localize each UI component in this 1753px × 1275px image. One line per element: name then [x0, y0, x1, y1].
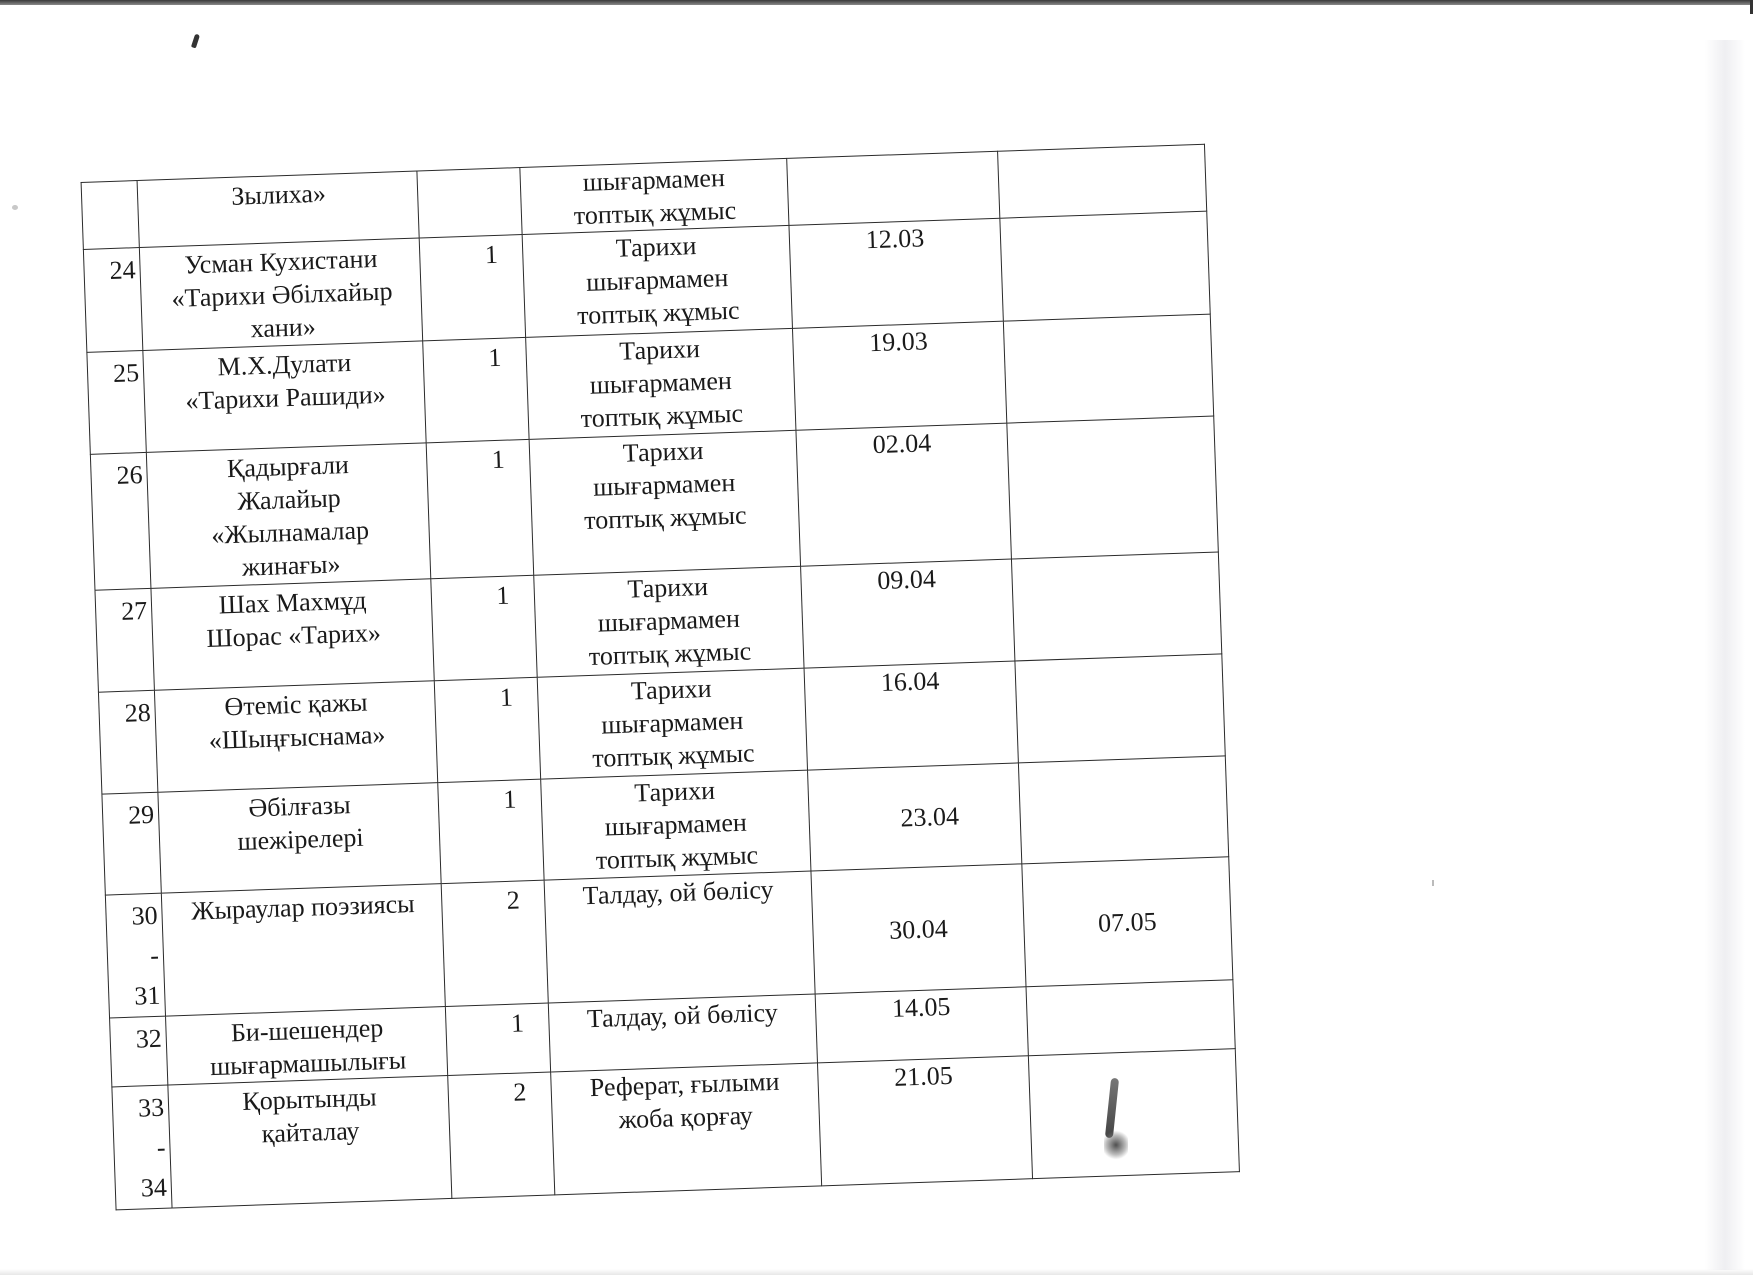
topic-cell: Зылиха» [137, 171, 419, 247]
row-number-cell: 33 - 34 [112, 1085, 172, 1210]
table-body: Зылиха»шығармаментоптық жұмыс24Усман Кух… [81, 144, 1239, 1210]
date-extra-cell [998, 144, 1207, 218]
work-form-cell: Тарихишығармаментоптық жұмыс [541, 770, 811, 880]
hours-cell: 1 [423, 337, 529, 442]
row-number-cell: 24 [83, 248, 142, 353]
hours-cell [417, 168, 522, 238]
date-cell: 09.04 [801, 559, 1015, 668]
date-cell: 19.03 [792, 321, 1006, 430]
date-extra-cell [1003, 314, 1213, 423]
topic-cell: Шах МахмұдШорас «Тарих» [151, 579, 434, 690]
date-cell: 23.04 [808, 763, 1022, 871]
topic-cell: Қорытындықайталау [168, 1076, 452, 1208]
row-number-cell [81, 181, 139, 250]
topic-cell: ҚадырғалиЖалайыр«Жылнамаларжинағы» [146, 443, 430, 588]
hours-cell: 1 [445, 1003, 550, 1075]
row-number-cell: 27 [95, 588, 154, 692]
date-extra-cell [1007, 416, 1219, 559]
work-form-cell: Тарихишығармаментоптық жұмыс [537, 668, 807, 779]
work-form-line: Талдау, ой бөлісу [549, 872, 808, 914]
topic-cell: Әбілғазышежірелері [158, 783, 441, 893]
lesson-plan-table-wrapper: Зылиха»шығармаментоптық жұмыс24Усман Кух… [81, 144, 1240, 1211]
topic-line: Зылиха» [144, 174, 414, 216]
scan-right-shadow [1705, 40, 1745, 1270]
date-cell [787, 151, 1000, 225]
topic-cell: М.Х.Дулати«Тарихи Рашиди» [143, 341, 426, 452]
date-extra-cell [1018, 756, 1228, 864]
hours-cell: 1 [438, 779, 544, 883]
date-cell: 30.04 [811, 864, 1026, 994]
topic-cell: Усман Кухистани«Тарихи Әбілхайырхани» [139, 238, 422, 350]
work-form-cell: Тарихишығармаментоптық жұмыс [526, 328, 796, 439]
row-number-cell: 32 [110, 1016, 168, 1087]
date-extra-cell [1000, 211, 1210, 321]
work-form-cell: Реферат, ғылымижоба қорғау [551, 1063, 822, 1195]
lesson-plan-table: Зылиха»шығармаментоптық жұмыс24Усман Кух… [81, 144, 1240, 1211]
row-number-cell: 29 [102, 792, 161, 895]
row-number-cell: 28 [98, 690, 157, 794]
date-extra-cell [1015, 654, 1225, 763]
paper-smudge [12, 205, 18, 210]
ink-speck [191, 34, 200, 49]
date-extra-cell [1028, 1049, 1239, 1179]
work-form-line: Талдау, ой бөлісу [553, 995, 812, 1037]
work-form-cell: Тарихишығармаментоптық жұмыс [534, 566, 804, 677]
date-cell: 14.05 [815, 987, 1028, 1063]
work-form-cell: Талдау, ой бөлісу [544, 871, 815, 1003]
date-cell: 02.04 [796, 423, 1012, 566]
hours-cell: 1 [419, 234, 525, 340]
work-form-cell: шығармаментоптық жұмыс [520, 158, 789, 234]
scan-bottom-shadow [0, 1269, 1753, 1275]
topic-cell: Жыраулар поэзиясы [161, 884, 445, 1016]
topic-line: Жыраулар поэзиясы [168, 886, 438, 928]
scan-top-shadow [0, 0, 1753, 5]
row-number-cell: 25 [87, 350, 146, 454]
topic-cell: Өтеміс қажы«Шыңғыснама» [154, 681, 437, 792]
date-cell: 21.05 [817, 1056, 1032, 1186]
hours-cell: 1 [426, 439, 534, 578]
topic-cell: Би-шешендершығармашылығы [166, 1007, 448, 1085]
row-number-cell: 30 - 31 [105, 893, 165, 1018]
work-form-cell: Талдау, ой бөлісу [548, 994, 817, 1072]
hours-cell: 2 [441, 880, 548, 1006]
row-number-cell: 26 [90, 452, 151, 590]
date-cell: 16.04 [804, 661, 1018, 770]
date-extra-cell [1011, 552, 1221, 661]
paper-speck [1432, 880, 1434, 886]
date-extra-cell: 07.05 [1022, 857, 1233, 987]
work-form-cell: Тарихишығармаментоптық жұмыс [529, 430, 800, 575]
hours-cell: 2 [448, 1072, 555, 1198]
hours-cell: 1 [431, 575, 537, 680]
date-cell: 12.03 [789, 218, 1003, 328]
hours-cell: 1 [434, 677, 540, 782]
date-extra-cell [1026, 980, 1235, 1056]
work-form-cell: Тарихишығармаментоптық жұмыс [522, 225, 792, 337]
